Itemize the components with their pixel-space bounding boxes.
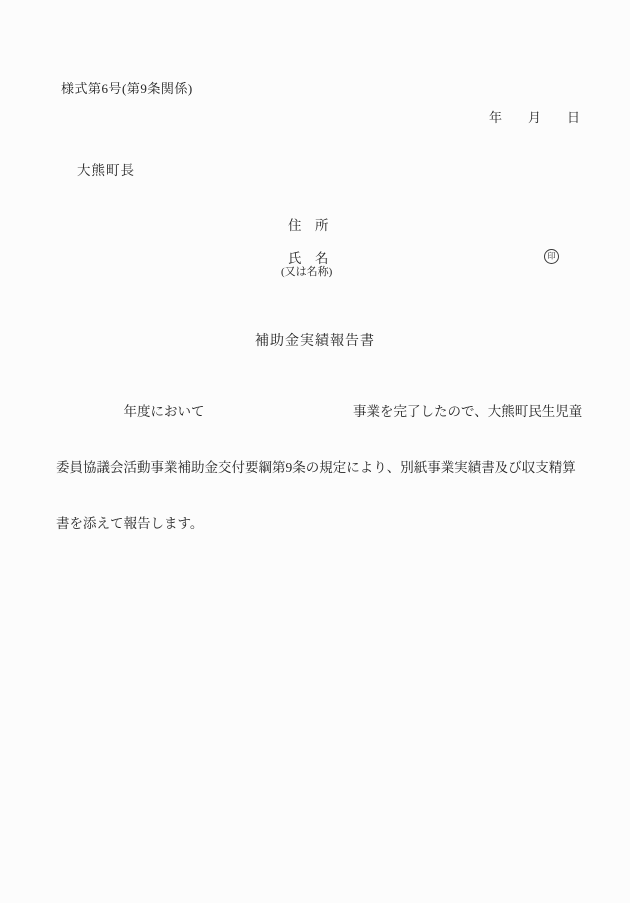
document-title: 補助金実績報告書 bbox=[0, 333, 630, 350]
addressee-mayor-label: 大熊町長 bbox=[77, 163, 135, 179]
document-body: 年度において 事業を完了したので、大熊町民生児童 委員協議会活動事業補助金交付要… bbox=[56, 366, 581, 571]
name-field-label: 氏 名 bbox=[288, 251, 329, 267]
document-page: 様式第6号(第9条関係) 年 月 日 大熊町長 住 所 氏 名 印 (又は名称)… bbox=[0, 0, 630, 903]
address-field-label: 住 所 bbox=[288, 218, 329, 234]
body-line: 書を添えて報告します。 bbox=[56, 515, 581, 534]
name-alternative-note: (又は名称) bbox=[281, 266, 332, 279]
seal-mark-label: 印 bbox=[547, 252, 555, 260]
form-number: 様式第6号(第9条関係) bbox=[61, 81, 193, 96]
date-line: 年 月 日 bbox=[489, 110, 580, 125]
body-line: 年度において 事業を完了したので、大熊町民生児童 bbox=[56, 403, 581, 422]
body-line: 委員協議会活動事業補助金交付要綱第9条の規定により、別紙事業実績書及び収支精算 bbox=[56, 459, 581, 478]
seal-mark-icon: 印 bbox=[544, 249, 559, 264]
